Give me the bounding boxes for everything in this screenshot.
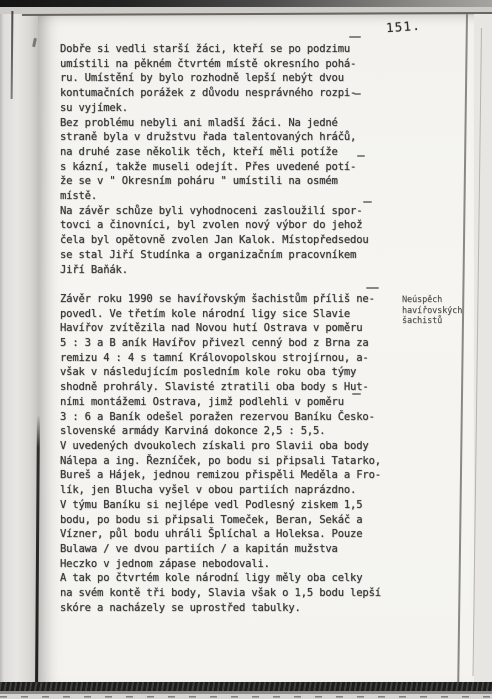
- scanner-bed-bottom-band: [0, 682, 492, 691]
- text-line: straně byla v družstvu řada talentovanýc…: [60, 130, 405, 145]
- margin-note-line: havířovských: [402, 306, 462, 317]
- page-number: 151.: [386, 18, 422, 35]
- scanned-page: 151. Dobře si vedli starší žáci, kteří s…: [0, 0, 492, 699]
- text-line: s kázní, takže museli odejít. Přes uvede…: [60, 160, 405, 175]
- margin-note: Neúspěchhavířovskýchšachistů: [402, 295, 462, 327]
- text-line: Havířov zvítězila nad Novou hutí Ostrava…: [60, 321, 405, 336]
- text-line: Bez problému nebyli ani mladší žáci. Na …: [60, 116, 405, 131]
- text-line: Bureš a Hájek, jednou remizou přispěli M…: [60, 468, 405, 483]
- text-line: Na závěr schůze byli vyhodnoceni zaslouž…: [60, 204, 405, 219]
- scan-artifact-dash: [352, 393, 361, 395]
- text-line: na druhé zase několik těch, kteří měli p…: [60, 145, 405, 160]
- text-line: slovenské armády Karviná dokonce 2,5 : 5…: [60, 424, 405, 439]
- scanner-bed-top-band: [0, 0, 492, 7]
- text-line: povedl. Ve třetím kole národní ligy sice…: [60, 307, 405, 322]
- binding-gutter: [0, 14, 38, 686]
- text-line: Jiří Baňák.: [60, 263, 405, 278]
- text-line: bodu, po bodu si připsali Tomeček, Beran…: [60, 513, 405, 528]
- text-line: A tak po čtvrtém kole národní ligy měly …: [60, 571, 405, 586]
- scan-artifact-dash: [363, 201, 372, 203]
- text-line: Bulawa / ve dvou partiích / a kapitán mu…: [60, 542, 405, 557]
- text-line: 5 : 3 a B aník Havířov přivezl cenný bod…: [60, 336, 405, 351]
- text-line: ru. Umístění by bylo rozhodně lepší nebý…: [60, 71, 405, 86]
- text-line: su vyjímek.: [60, 101, 405, 116]
- text-line: místě.: [60, 189, 405, 204]
- text-line: 3 : 6 a Baník odešel poražen rezervou Ba…: [60, 410, 405, 425]
- margin-note-line: Neúspěch: [402, 295, 462, 306]
- scan-artifact-dash: [349, 36, 361, 38]
- text-line: se stal Jiří Studínka a organizačním pra…: [60, 248, 405, 263]
- scan-artifact-dash: [357, 155, 365, 157]
- text-line: skóre a nacházely se uprostřed tabulky.: [60, 601, 405, 616]
- text-line: Dobře si vedli starší žáci, kteří se po …: [60, 42, 405, 57]
- text-line: ními montážemi Ostrava, jimž podlehli v …: [60, 395, 405, 410]
- text-line: V uvedených dvoukolech získali pro Slavi…: [60, 439, 405, 454]
- text-line: že se v " Okresním poháru " umístili na …: [60, 174, 405, 189]
- body-text: Dobře si vedli starší žáci, kteří se po …: [60, 42, 405, 615]
- text-line: však v následujícím posledním kole roku …: [60, 365, 405, 380]
- text-line: remizu 4 : 4 s tamní Královopolskou stro…: [60, 351, 405, 366]
- text-line: umístili na pěkném čtvrtém místě okresní…: [60, 57, 405, 72]
- text-line: čela byl opětovně zvolen Jan Kalok. Míst…: [60, 233, 405, 248]
- text-line: Heczko v jednom zápase nebodovali.: [60, 557, 405, 572]
- text-line: tovci a činovníci, byl zvolen nový výbor…: [60, 218, 405, 233]
- text-line: na svém kontě tři body, Slavia však o 1,…: [60, 586, 405, 601]
- bottom-texture-band: [0, 694, 492, 699]
- text-line: lík, jen Blucha vyšel v obou partiích na…: [60, 483, 405, 498]
- text-line: [60, 277, 405, 292]
- text-line: V týmu Baníku si nejlépe vedl Podlesný z…: [60, 498, 405, 513]
- text-line: Nálepa a ing. Řezníček, po bodu si přips…: [60, 454, 405, 469]
- scan-artifact-dash: [354, 93, 361, 95]
- margin-note-line: šachistů: [402, 316, 462, 327]
- text-line: Závěr roku 1990 se havířovským šachistům…: [60, 292, 405, 307]
- text-line: Vízner, půl bodu uhráli Šplíchal a Holek…: [60, 527, 405, 542]
- scan-artifact-dash: [366, 287, 379, 289]
